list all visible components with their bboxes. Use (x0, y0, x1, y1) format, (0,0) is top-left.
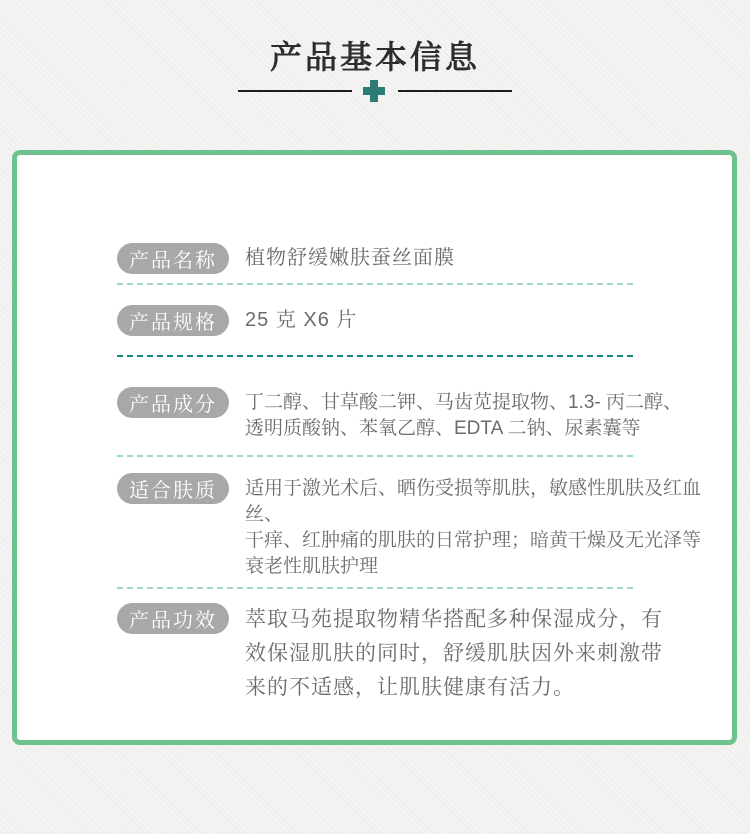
page-background: 产品基本信息 产品名称 植物舒缓嫩肤蚕丝面膜 产品规格 25 克 X6 片 产品… (0, 0, 750, 834)
plus-icon (363, 80, 385, 102)
label-pill-suitable-skin: 适合肤质 (117, 473, 229, 504)
label-pill-product-ingredients: 产品成分 (117, 387, 229, 418)
row-product-ingredients: 产品成分 丁二醇、甘草酸二钾、马齿苋提取物、1.3- 丙二醇、 透明质酸钠、苯氧… (117, 387, 732, 442)
title-divider (0, 80, 750, 102)
dashed-separator (117, 587, 633, 589)
label-pill-product-name: 产品名称 (117, 243, 229, 274)
value-product-spec: 25 克 X6 片 (245, 305, 357, 336)
dashed-separator (117, 455, 633, 457)
label-pill-product-efficacy: 产品功效 (117, 603, 229, 634)
row-suitable-skin: 适合肤质 适用于激光术后、晒伤受损等肌肤，敏感性肌肤及红血丝、 干痒、红肿痛的肌… (117, 473, 732, 580)
row-product-efficacy: 产品功效 萃取马苑提取物精华搭配多种保湿成分，有 效保湿肌肤的同时，舒缓肌肤因外… (117, 603, 732, 705)
row-product-spec: 产品规格 25 克 X6 片 (117, 305, 732, 336)
product-info-panel: 产品名称 植物舒缓嫩肤蚕丝面膜 产品规格 25 克 X6 片 产品成分 丁二醇、… (12, 150, 737, 745)
section-header: 产品基本信息 (0, 0, 750, 102)
row-product-name: 产品名称 植物舒缓嫩肤蚕丝面膜 (117, 243, 732, 274)
divider-line-left (238, 90, 352, 92)
value-product-efficacy: 萃取马苑提取物精华搭配多种保湿成分，有 效保湿肌肤的同时，舒缓肌肤因外来刺激带 … (245, 603, 663, 705)
divider-line-right (398, 90, 512, 92)
label-pill-product-spec: 产品规格 (117, 305, 229, 336)
page-title: 产品基本信息 (0, 36, 750, 78)
value-suitable-skin: 适用于激光术后、晒伤受损等肌肤，敏感性肌肤及红血丝、 干痒、红肿痛的肌肤的日常护… (245, 473, 732, 580)
dashed-separator-dark (117, 355, 633, 357)
value-product-ingredients: 丁二醇、甘草酸二钾、马齿苋提取物、1.3- 丙二醇、 透明质酸钠、苯氧乙醇、ED… (245, 387, 682, 442)
value-product-name: 植物舒缓嫩肤蚕丝面膜 (245, 243, 455, 274)
dashed-separator (117, 283, 633, 285)
